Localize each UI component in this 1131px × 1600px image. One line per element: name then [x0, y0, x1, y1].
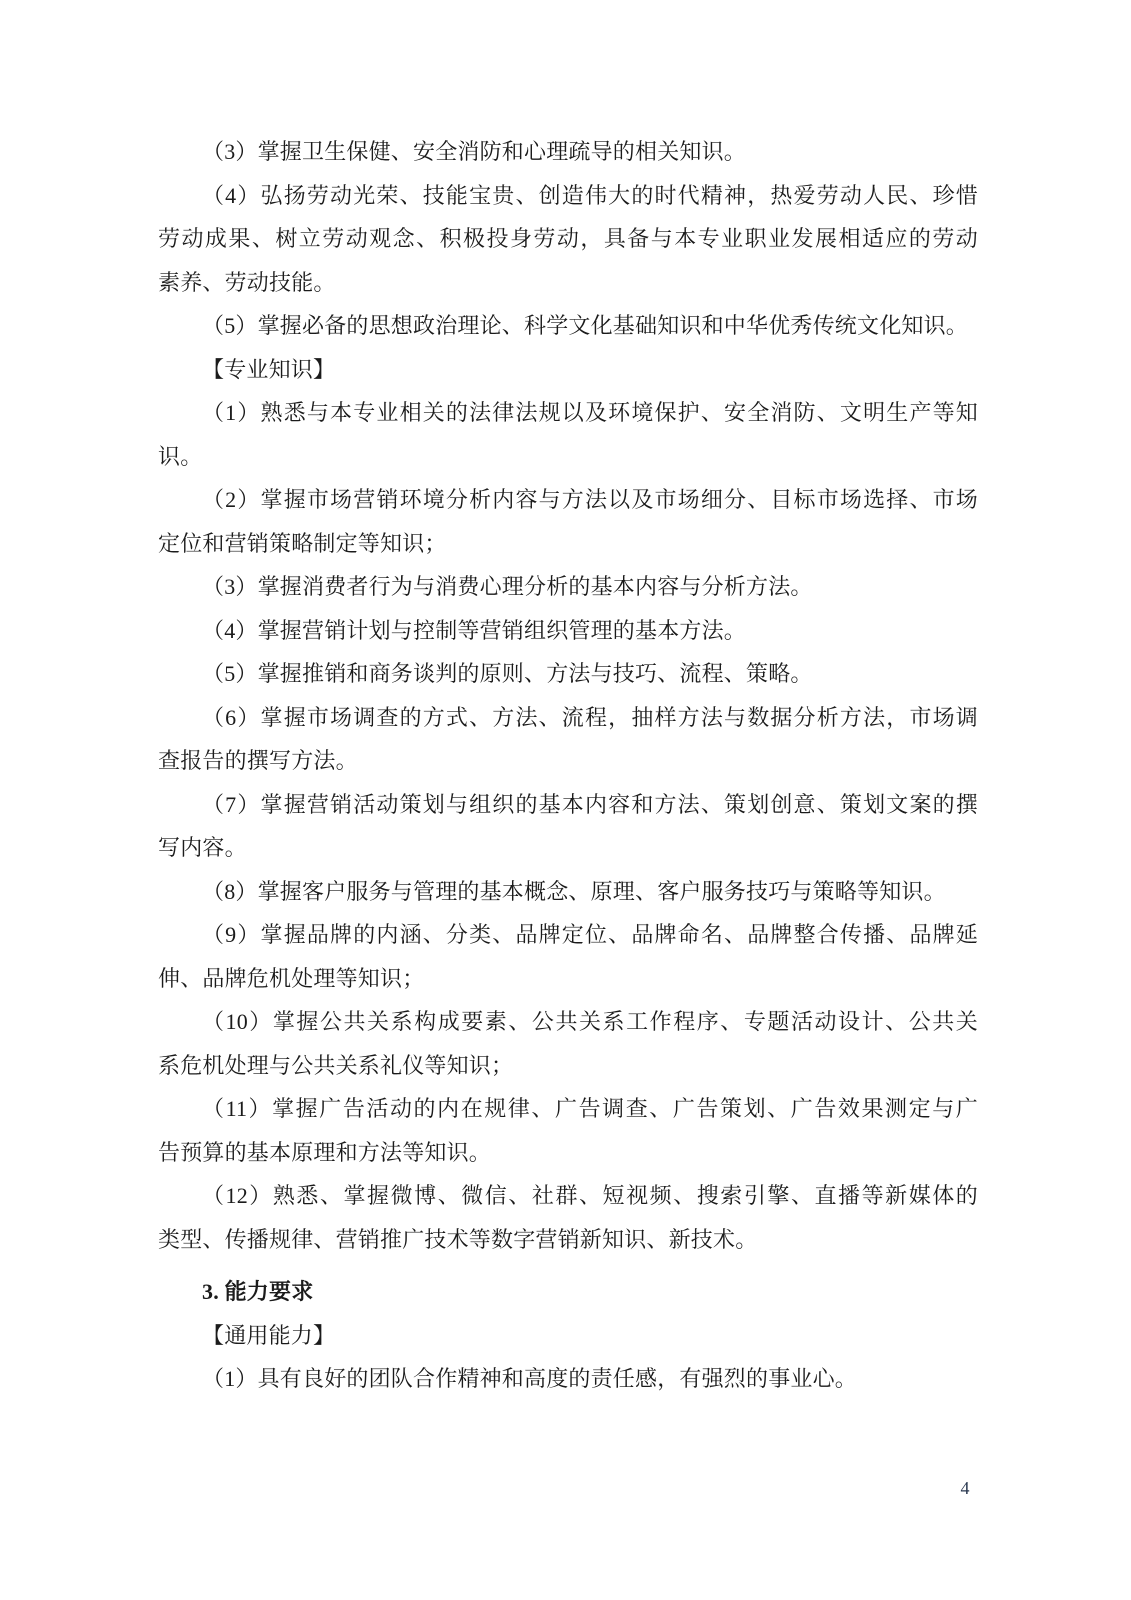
- doc-line: 劳动成果、树立劳动观念、积极投身劳动，具备与本专业职业发展相适应的劳动: [158, 217, 978, 261]
- doc-line: 查报告的撰写方法。: [158, 739, 978, 783]
- doc-line: 伸、品牌危机处理等知识；: [158, 957, 978, 1001]
- doc-line: （3）掌握卫生保健、安全消防和心理疏导的相关知识。: [158, 130, 978, 174]
- doc-line: 素养、劳动技能。: [158, 261, 978, 305]
- doc-line: （9）掌握品牌的内涵、分类、品牌定位、品牌命名、品牌整合传播、品牌延: [158, 913, 978, 957]
- doc-line: （1）熟悉与本专业相关的法律法规以及环境保护、安全消防、文明生产等知: [158, 391, 978, 435]
- doc-line: （4）掌握营销计划与控制等营销组织管理的基本方法。: [158, 609, 978, 653]
- document-page: （3）掌握卫生保健、安全消防和心理疏导的相关知识。 （4）弘扬劳动光荣、技能宝贵…: [0, 0, 1131, 1600]
- doc-line: （5）掌握必备的思想政治理论、科学文化基础知识和中华优秀传统文化知识。: [158, 304, 978, 348]
- doc-line: 识。: [158, 435, 978, 479]
- doc-line: （2）掌握市场营销环境分析内容与方法以及市场细分、目标市场选择、市场: [158, 478, 978, 522]
- section-header-professional-knowledge: 【专业知识】: [158, 348, 978, 392]
- doc-line: （3）掌握消费者行为与消费心理分析的基本内容与分析方法。: [158, 565, 978, 609]
- doc-line: 系危机处理与公共关系礼仪等知识；: [158, 1044, 978, 1088]
- doc-line: （11）掌握广告活动的内在规律、广告调查、广告策划、广告效果测定与广: [158, 1087, 978, 1131]
- doc-line: 告预算的基本原理和方法等知识。: [158, 1131, 978, 1175]
- doc-line: 类型、传播规律、营销推广技术等数字营销新知识、新技术。: [158, 1218, 978, 1262]
- doc-line: （6）掌握市场调查的方式、方法、流程，抽样方法与数据分析方法，市场调: [158, 696, 978, 740]
- doc-line: （8）掌握客户服务与管理的基本概念、原理、客户服务技巧与策略等知识。: [158, 870, 978, 914]
- doc-line: （1）具有良好的团队合作精神和高度的责任感，有强烈的事业心。: [158, 1357, 978, 1401]
- doc-line: （12）熟悉、掌握微博、微信、社群、短视频、搜索引擎、直播等新媒体的: [158, 1174, 978, 1218]
- document-body: （3）掌握卫生保健、安全消防和心理疏导的相关知识。 （4）弘扬劳动光荣、技能宝贵…: [158, 130, 978, 1401]
- doc-line: （5）掌握推销和商务谈判的原则、方法与技巧、流程、策略。: [158, 652, 978, 696]
- heading-ability-requirements: 3. 能力要求: [158, 1270, 978, 1314]
- page-number: 4: [950, 1476, 980, 1500]
- section-header-general-ability: 【通用能力】: [158, 1314, 978, 1358]
- doc-line: （7）掌握营销活动策划与组织的基本内容和方法、策划创意、策划文案的撰: [158, 783, 978, 827]
- doc-line: 定位和营销策略制定等知识；: [158, 522, 978, 566]
- doc-line: （10）掌握公共关系构成要素、公共关系工作程序、专题活动设计、公共关: [158, 1000, 978, 1044]
- doc-line: （4）弘扬劳动光荣、技能宝贵、创造伟大的时代精神，热爱劳动人民、珍惜: [158, 174, 978, 218]
- doc-line: 写内容。: [158, 826, 978, 870]
